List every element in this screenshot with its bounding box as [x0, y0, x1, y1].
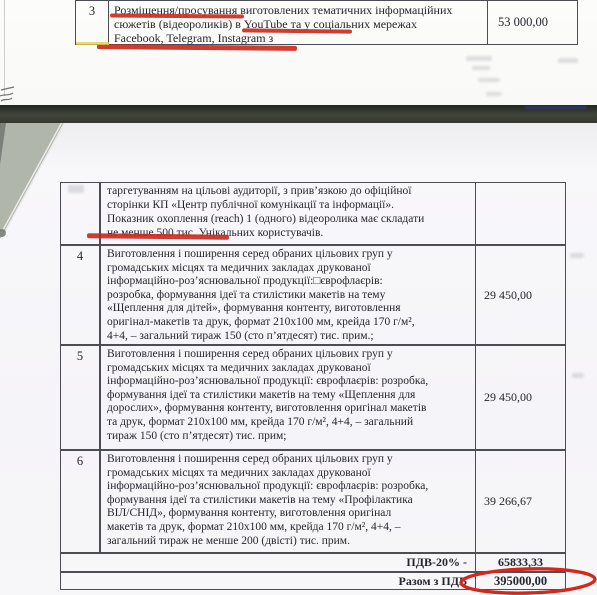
row-description: Виготовлення і поширення серед обраних ц… [100, 345, 476, 450]
scan-smudge [572, 373, 584, 378]
scanned-page-bottom: таргетуванням на цільові аудиторії, з пр… [0, 123, 597, 595]
red-underline [242, 28, 352, 33]
row-amount [475, 182, 566, 245]
scanned-page-top: 3 Розміщення/просування виготовлених тем… [0, 0, 597, 105]
page-edge-line [4, 0, 5, 96]
row-number: 6 [60, 450, 100, 553]
vat-label: ПДВ-20% - [60, 553, 476, 572]
scan-smudge [466, 56, 492, 61]
row-number: 3 [75, 0, 109, 45]
row-number: 4 [60, 245, 100, 345]
pen-scribble [0, 84, 18, 106]
scanner-band [0, 105, 597, 123]
scan-smudge [478, 78, 500, 82]
row-description: Розміщення/просування виготовлених темат… [108, 0, 488, 45]
band-blue-streak [525, 106, 587, 109]
row-number: 5 [60, 345, 100, 450]
scan-smudge [570, 253, 584, 258]
scan-smudge [486, 92, 502, 96]
total-label: Разом з ПДВ [60, 572, 476, 590]
row-amount: 29 450,00 [475, 345, 566, 450]
row-amount: 29 450,00 [475, 245, 566, 345]
scan-smudge [558, 58, 578, 63]
red-underline [97, 44, 297, 50]
red-underline [110, 13, 244, 18]
row-description: Виготовлення і поширення серед обраних ц… [100, 450, 476, 553]
row-amount: 53 000,00 [487, 0, 578, 45]
row-amount: 39 266,67 [475, 450, 566, 553]
row-description: Виготовлення і поширення серед обраних ц… [100, 245, 476, 345]
scan-smudge [472, 66, 490, 70]
red-circle-annotation [456, 564, 597, 595]
yellow-highlight-mark [76, 42, 109, 45]
